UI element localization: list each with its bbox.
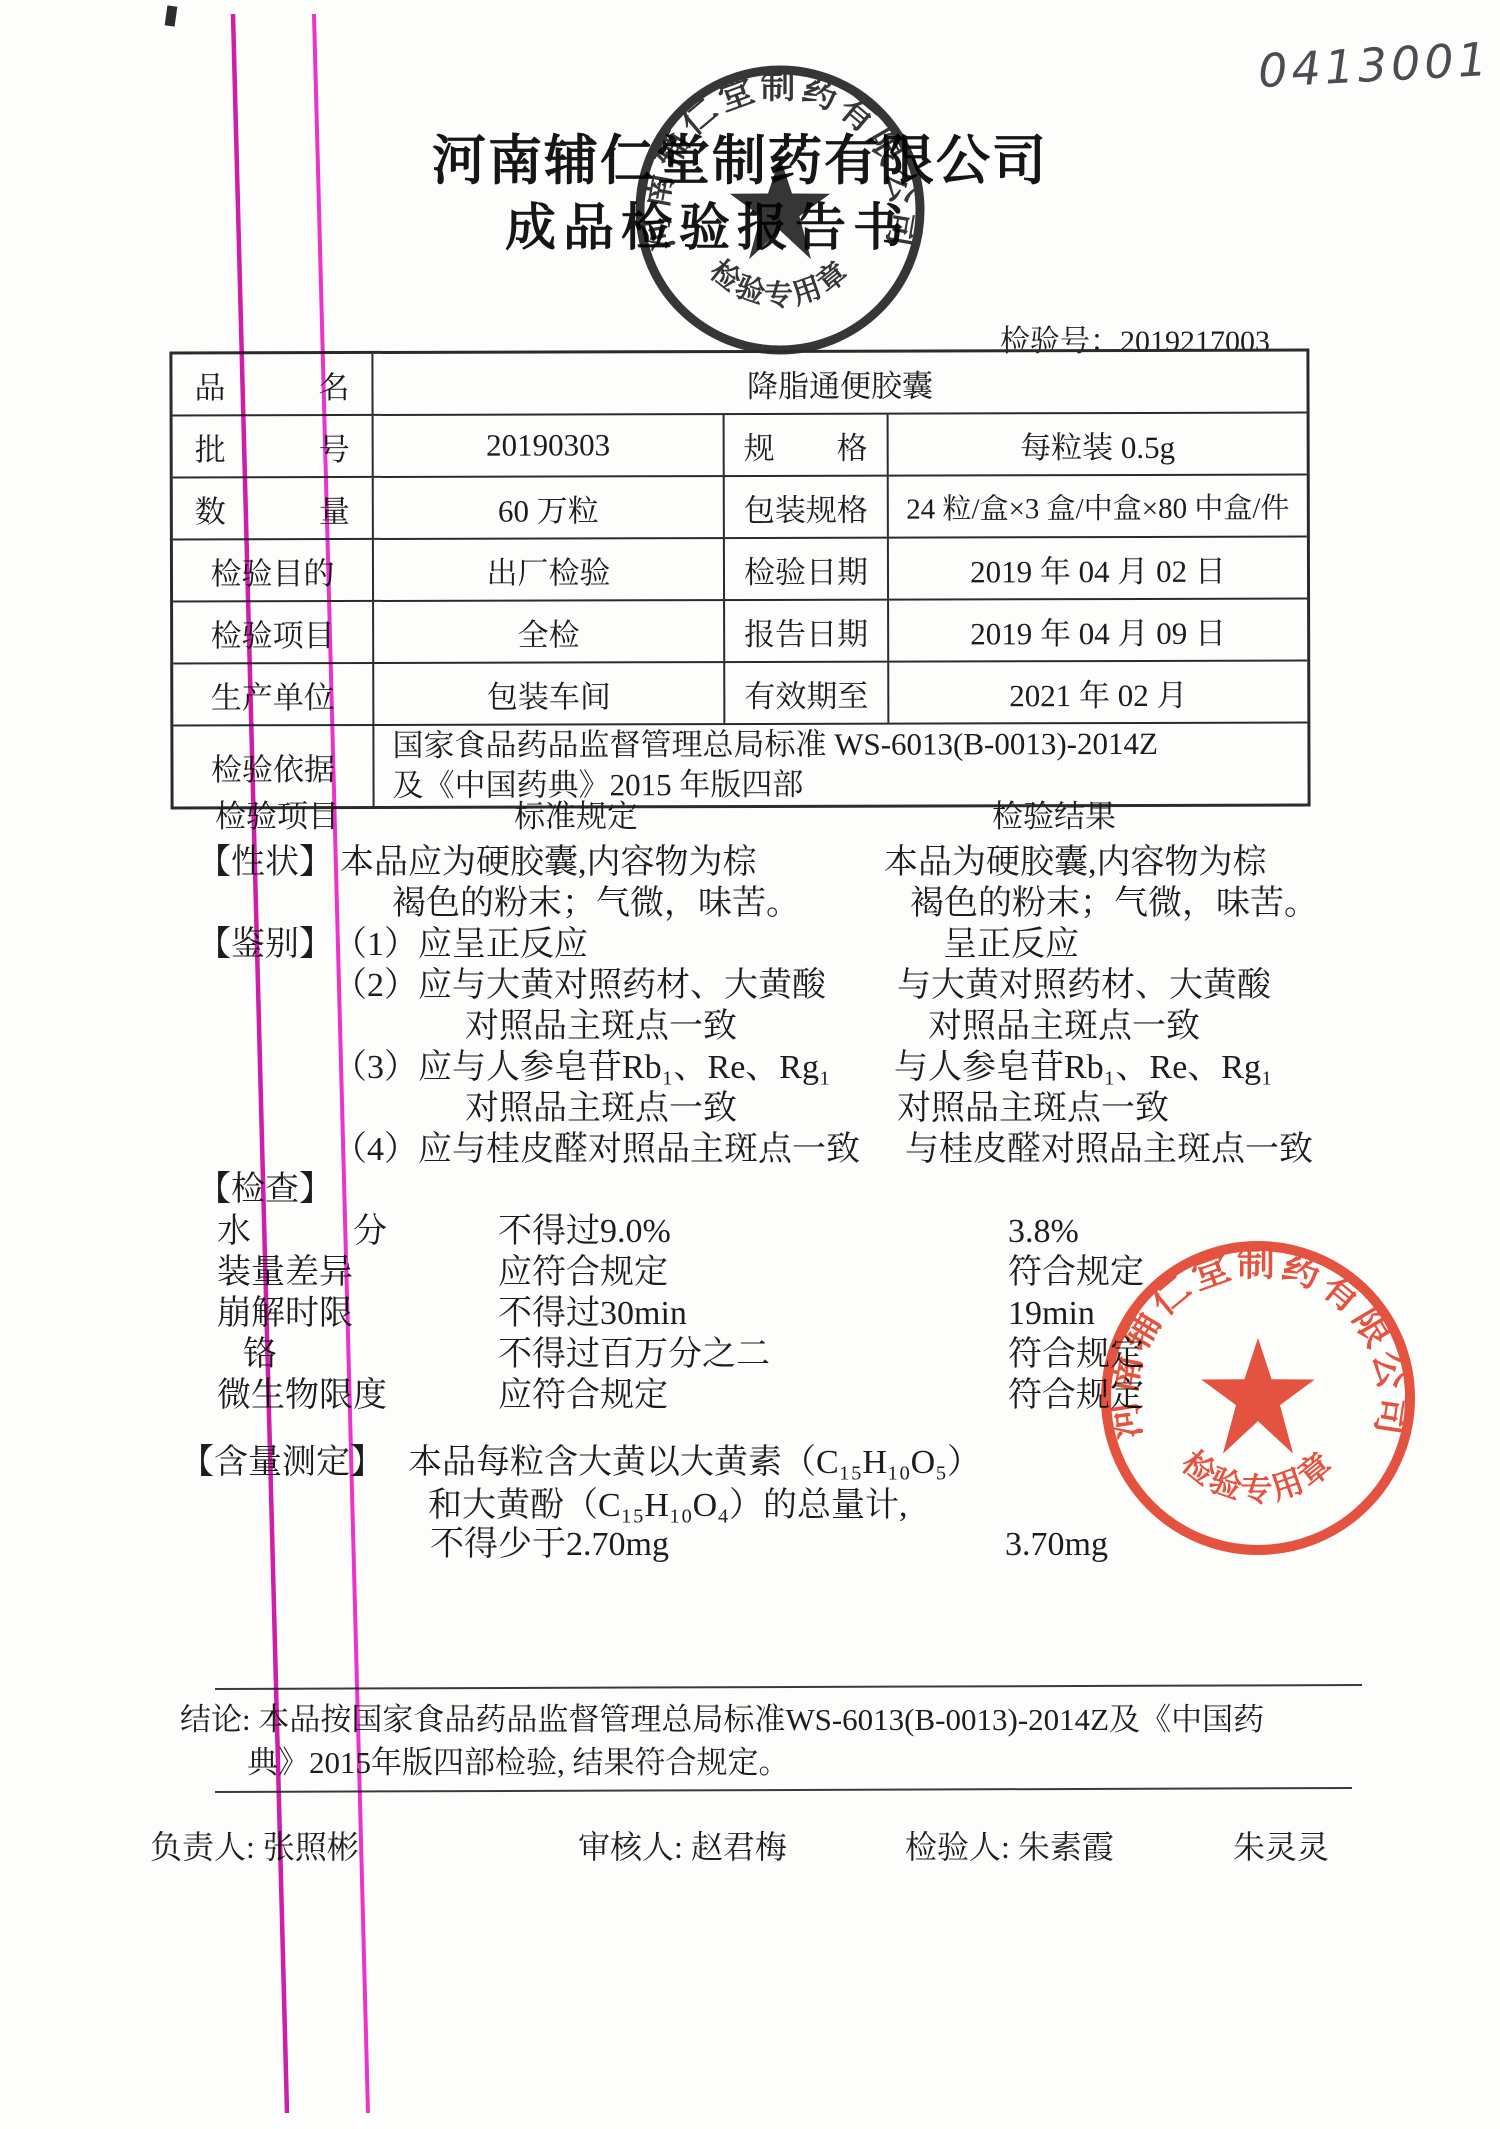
- conclusion-top-rule: [215, 1684, 1362, 1690]
- package-spec-label: 包装规格: [723, 477, 887, 537]
- product-name-value: 降脂通便胶囊: [371, 352, 1306, 414]
- exam-moisture-result: 3.8%: [1008, 1215, 1079, 1249]
- product-info-table: 品 名 降脂通便胶囊 批 号 20190303 规 格 每粒装 0.5g 数 量…: [169, 349, 1310, 810]
- document-title: 成品检验报告书: [505, 186, 911, 260]
- identification-2-result: 与大黄对照药材、大黄酸: [897, 969, 1271, 1003]
- quantity-label: 数 量: [173, 478, 372, 539]
- exam-disintegration-result: 19min: [1008, 1297, 1095, 1331]
- expiry-value: 2021 年 02 月: [887, 662, 1307, 723]
- table-row-quantity: 数 量 60 万粒 包装规格 24 粒/盒×3 盒/中盒×80 中盒/件: [173, 474, 1307, 539]
- exam-chromium-standard: 不得过百万分之二: [498, 1338, 770, 1372]
- red-stamp-caption: 检验专用章: [1175, 1444, 1341, 1508]
- exam-weight-variation-name: 装量差异: [217, 1256, 353, 1290]
- red-stamp-ring-text: 河南辅仁堂制药有限公司: [1102, 1243, 1415, 1442]
- basis-value: 国家食品药品监督管理总局标准 WS-6013(B-0013)-2014Z 及《中…: [372, 724, 1307, 806]
- company-title: 河南辅仁堂制药有限公司: [432, 118, 1048, 195]
- character-standard-line1: 本品应为硬胶囊,内容物为棕: [340, 846, 757, 880]
- responsible-name: 张照彬: [263, 1829, 359, 1865]
- table-row-workshop: 生产单位 包装车间 有效期至 2021 年 02 月: [173, 660, 1307, 725]
- inspector-person: 检验人: 朱素霞: [905, 1822, 1114, 1868]
- spec-value: 每粒装 0.5g: [887, 414, 1307, 475]
- exam-weight-variation-result: 符合规定: [1008, 1256, 1144, 1290]
- batch-value: 20190303: [372, 415, 723, 476]
- col-header-item: 检验项目: [215, 801, 339, 832]
- items-value: 全检: [372, 601, 723, 662]
- section-label-examination: 【检查】: [197, 1173, 333, 1207]
- exam-moisture-name: 水 分: [217, 1215, 387, 1249]
- conclusion-bottom-rule: [215, 1787, 1352, 1793]
- inspector-name: 朱素霞: [1018, 1829, 1114, 1865]
- assay-result: 3.70mg: [1005, 1528, 1108, 1562]
- conclusion-line2: 典》2015年版四部检验, 结果符合规定。: [247, 1747, 790, 1778]
- conclusion-line1: 结论: 本品按国家食品药品监督管理总局标准WS-6013(B-0013)-201…: [180, 1704, 1264, 1735]
- exam-disintegration-name: 崩解时限: [217, 1297, 353, 1331]
- identification-3-result: 与人参皂苷Rb₁、Re、Rg₁: [894, 1051, 1273, 1085]
- magenta-line-left: [233, 14, 287, 2113]
- identification-3-standard-line2: 对照品主斑点一致: [465, 1092, 737, 1126]
- report-date-label: 报告日期: [723, 601, 887, 661]
- items-label: 检验项目: [173, 602, 372, 663]
- reviewer-name: 赵君梅: [691, 1829, 787, 1865]
- inspector2-name: 朱灵灵: [1233, 1829, 1329, 1865]
- exam-microbial-standard: 应符合规定: [498, 1379, 668, 1413]
- report-date-value: 2019 年 04 月 09 日: [887, 600, 1307, 661]
- table-row-basis: 检验依据 国家食品药品监督管理总局标准 WS-6013(B-0013)-2014…: [173, 722, 1307, 807]
- exam-microbial-name: 微生物限度: [217, 1379, 387, 1413]
- col-header-standard: 标准规定: [514, 801, 638, 832]
- exam-weight-variation-standard: 应符合规定: [498, 1256, 668, 1290]
- identification-4-result: 与桂皮醛对照品主斑点一致: [905, 1133, 1313, 1167]
- identification-3-standard: （3）应与人参皂苷Rb₁、Re、Rg₁: [333, 1051, 831, 1085]
- identification-2-standard: （2）应与大黄对照药材、大黄酸: [333, 969, 826, 1003]
- table-row-product: 品 名 降脂通便胶囊: [172, 352, 1306, 415]
- exam-microbial-result: 符合规定: [1008, 1379, 1144, 1413]
- scan-corner-mark: [165, 5, 178, 26]
- table-row-batch: 批 号 20190303 规 格 每粒装 0.5g: [173, 412, 1307, 477]
- assay-standard-line1: 本品每粒含大黄以大黄素（C₁₅H₁₀O₅）: [408, 1446, 981, 1480]
- basis-line1: 国家食品药品监督管理总局标准 WS-6013(B-0013)-2014Z: [392, 724, 1158, 766]
- responsible-label: 负责人:: [150, 1829, 263, 1865]
- section-label-assay: 【含量测定】: [180, 1446, 384, 1480]
- batch-label: 批 号: [173, 416, 372, 477]
- character-result-line2: 褐色的粉末；气微，味苦。: [910, 887, 1318, 921]
- product-name-label: 品 名: [172, 354, 371, 415]
- reviewer-label: 审核人:: [578, 1829, 691, 1865]
- quantity-value: 60 万粒: [372, 477, 723, 538]
- basis-label: 检验依据: [173, 726, 372, 807]
- purpose-value: 出厂检验: [372, 539, 723, 600]
- section-label-character: 【性状】: [197, 846, 333, 880]
- identification-3-result-line2: 对照品主斑点一致: [897, 1092, 1169, 1126]
- assay-standard-line3: 不得少于2.70mg: [430, 1528, 669, 1562]
- responsible-person: 负责人: 张照彬: [150, 1822, 359, 1868]
- exam-chromium-result: 符合规定: [1008, 1338, 1144, 1372]
- exam-chromium-name: 铬: [243, 1338, 277, 1372]
- inspector-label: 检验人:: [905, 1829, 1018, 1865]
- workshop-label: 生产单位: [173, 664, 372, 725]
- character-result-line1: 本品为硬胶囊,内容物为棕: [884, 846, 1267, 880]
- test-date-label: 检验日期: [723, 539, 887, 599]
- col-header-result: 检验结果: [992, 801, 1116, 832]
- handwritten-number: 0413001: [1257, 32, 1492, 98]
- black-stamp-caption: 检验专用章: [704, 253, 856, 312]
- purpose-label: 检验目的: [173, 540, 372, 601]
- package-spec-value: 24 粒/盒×3 盒/中盒×80 中盒/件: [887, 476, 1307, 537]
- identification-1-result: 呈正反应: [943, 928, 1079, 962]
- identification-2-standard-line2: 对照品主斑点一致: [465, 1010, 737, 1044]
- section-label-identification: 【鉴别】: [197, 928, 333, 962]
- table-row-items: 检验项目 全检 报告日期 2019 年 04 月 09 日: [173, 598, 1307, 663]
- spec-label: 规 格: [723, 415, 887, 475]
- assay-standard-line2: 和大黄酚（C₁₅H₁₀O₄）的总量计,: [428, 1489, 908, 1523]
- red-stamp-star: [1201, 1338, 1315, 1454]
- exam-disintegration-standard: 不得过30min: [498, 1297, 687, 1331]
- inspector2-person: 朱灵灵: [1233, 1822, 1329, 1868]
- expiry-label: 有效期至: [723, 663, 887, 723]
- workshop-value: 包装车间: [372, 663, 723, 724]
- svg-text:检验专用章: 检验专用章: [704, 253, 856, 312]
- svg-text:检验专用章: 检验专用章: [1175, 1444, 1341, 1508]
- exam-moisture-standard: 不得过9.0%: [498, 1215, 671, 1249]
- identification-1-standard: （1）应呈正反应: [333, 928, 588, 962]
- svg-text:河南辅仁堂制药有限公司: 河南辅仁堂制药有限公司: [1102, 1243, 1415, 1442]
- table-row-purpose: 检验目的 出厂检验 检验日期 2019 年 04 月 02 日: [173, 536, 1307, 601]
- report-page: 0413001 河南辅仁堂制药有限公司 成品检验报告书 检验号：20192170…: [0, 0, 1500, 2129]
- identification-2-result-line2: 对照品主斑点一致: [928, 1010, 1200, 1044]
- character-standard-line2: 褐色的粉末；气微，味苦。: [392, 887, 800, 921]
- test-date-value: 2019 年 04 月 02 日: [887, 538, 1307, 599]
- reviewer-person: 审核人: 赵君梅: [578, 1822, 787, 1868]
- identification-4-standard: （4）应与桂皮醛对照品主斑点一致: [333, 1133, 860, 1167]
